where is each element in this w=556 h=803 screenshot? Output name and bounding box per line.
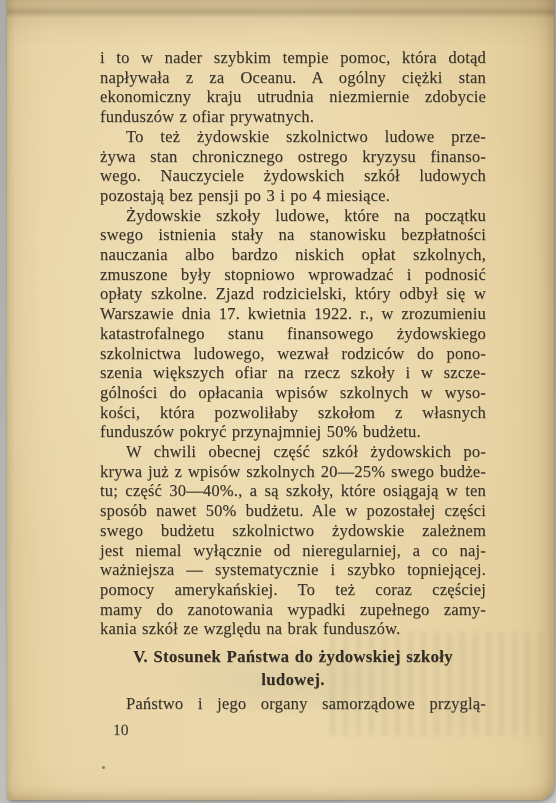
text-line: swego istnienia stały na stanowisku bezp… bbox=[100, 225, 486, 245]
section-heading-line: ludowej. bbox=[100, 668, 486, 691]
text-line: zmuszone były stopniowo wprowadzać i pod… bbox=[100, 265, 486, 285]
text-line: swego budżetu szkolnictwo żydowskie zale… bbox=[100, 521, 486, 541]
text-line: tu; część 30—40%., a są szkoły, które os… bbox=[100, 481, 486, 501]
closing-paragraphs: Państwo i jego organy samorządowe przygl… bbox=[100, 694, 486, 714]
paragraph: Państwo i jego organy samorządowe przygl… bbox=[100, 694, 486, 714]
text-line: i to w nader szybkim tempie pomoc, która… bbox=[100, 48, 486, 68]
paragraph: Żydowskie szkoły ludowe, które na począt… bbox=[100, 206, 486, 442]
paragraph: W chwili obecnej część szkół żydowskich … bbox=[100, 442, 486, 639]
text-line: jest niemal wyłącznie od nieregularniej,… bbox=[100, 541, 486, 561]
text-line: opłaty szkolne. Zjazd rodzicielski, któr… bbox=[100, 284, 486, 304]
text-line: W chwili obecnej część szkół żydowskich … bbox=[100, 442, 486, 462]
text-line: Warszawie dnia 17. kwietnia 1922. r., w … bbox=[100, 304, 486, 324]
page-text-block: i to w nader szybkim tempie pomoc, która… bbox=[100, 48, 486, 714]
text-line: katastrofalnego stanu finansowego żydows… bbox=[100, 324, 486, 344]
text-line: ważniejsza — systematycznie i szybko top… bbox=[100, 560, 486, 580]
text-line: szkolnictwa ludowego, wezwał rodziców do… bbox=[100, 344, 486, 364]
text-line: mamy do zanotowania wypadki zupełnego za… bbox=[100, 600, 486, 620]
text-line: kania szkół ze względu na brak funduszów… bbox=[100, 619, 486, 639]
page-number: 10 bbox=[113, 722, 129, 740]
text-line: Żydowskie szkoły ludowe, które na począt… bbox=[100, 206, 486, 226]
body-paragraphs: i to w nader szybkim tempie pomoc, która… bbox=[100, 48, 486, 639]
section-heading: V. Stosunek Państwa do żydowskiej szkoły… bbox=[100, 645, 486, 691]
text-line: funduszów z ofiar prywatnych. bbox=[100, 107, 486, 127]
text-line: Państwo i jego organy samorządowe przygl… bbox=[100, 694, 486, 714]
text-line: pozostają bez pensji po 3 i po 4 miesiąc… bbox=[100, 186, 486, 206]
text-line: To też żydowskie szkolnictwo ludowe prze… bbox=[100, 127, 486, 147]
text-line: wego. Nauczyciele żydowskich szkół ludow… bbox=[100, 166, 486, 186]
text-line: napływała z za Oceanu. A ogólny ciężki s… bbox=[100, 68, 486, 88]
text-line: ekonomiczny kraju utrudnia niezmiernie z… bbox=[100, 87, 486, 107]
section-heading-line: V. Stosunek Państwa do żydowskiej szkoły bbox=[100, 645, 486, 668]
text-line: żywa stan chronicznego ostrego kryzysu f… bbox=[100, 147, 486, 167]
page-content: i to w nader szybkim tempie pomoc, która… bbox=[0, 0, 556, 803]
text-line: funduszów pokryć przynajmniej 50% budżet… bbox=[100, 422, 486, 442]
text-line: szenia większych ofiar na rzecz szkoły i… bbox=[100, 363, 486, 383]
text-line: krywa już z wpisów szkolnych 20—25% sweg… bbox=[100, 462, 486, 482]
paragraph: To też żydowskie szkolnictwo ludowe prze… bbox=[100, 127, 486, 206]
paragraph: i to w nader szybkim tempie pomoc, która… bbox=[100, 48, 486, 127]
text-line: sposób nawet 50% budżetu. Ale w pozostał… bbox=[100, 501, 486, 521]
text-line: kości, która pozwoliłaby szkołom z własn… bbox=[100, 403, 486, 423]
text-line: pomocy amerykańskiej. To też coraz częśc… bbox=[100, 580, 486, 600]
text-line: nauczania albo bardzo niskich opłat szko… bbox=[100, 245, 486, 265]
text-line: gólności do opłacania wpisów szkolnych w… bbox=[100, 383, 486, 403]
